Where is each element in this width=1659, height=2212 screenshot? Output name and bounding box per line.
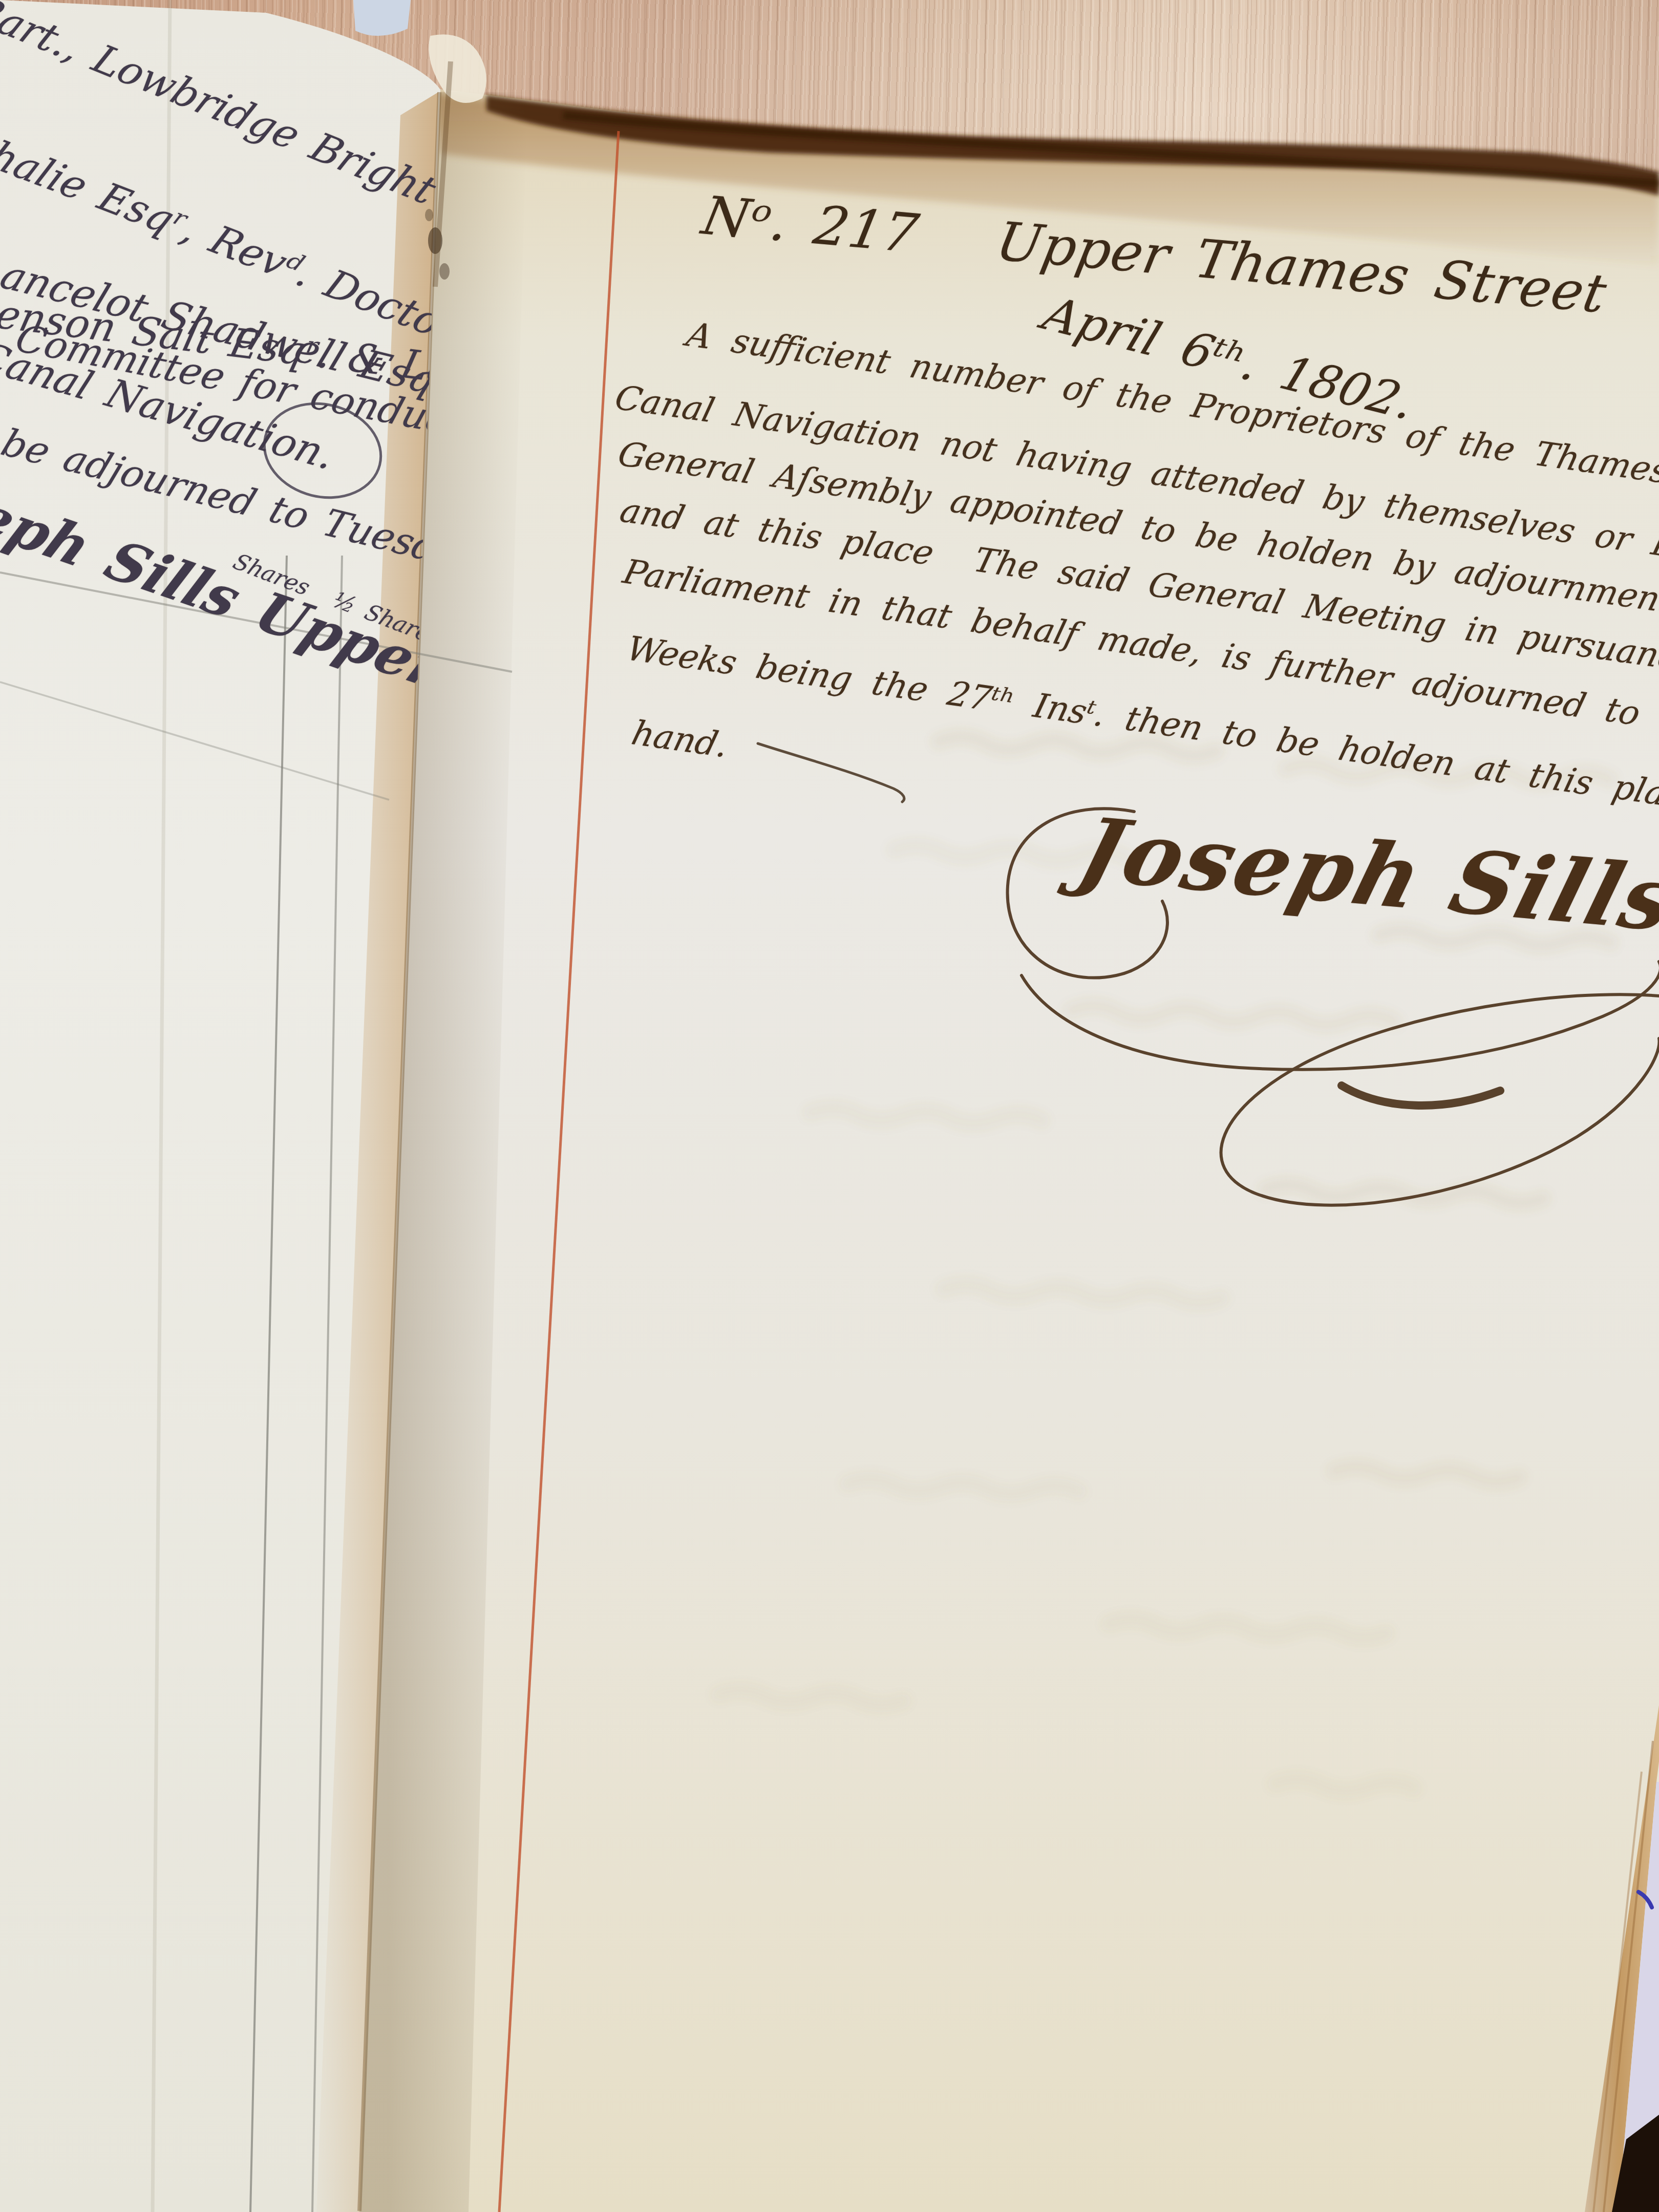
manuscript-photograph: Bart., Lowbridge Bright Esqʳ, Chalie Esq… xyxy=(0,0,1659,2212)
signature: Joseph Sills xyxy=(1069,799,1659,951)
manuscript-line: hand. xyxy=(628,713,732,765)
blue-paper-fragment xyxy=(353,0,411,36)
